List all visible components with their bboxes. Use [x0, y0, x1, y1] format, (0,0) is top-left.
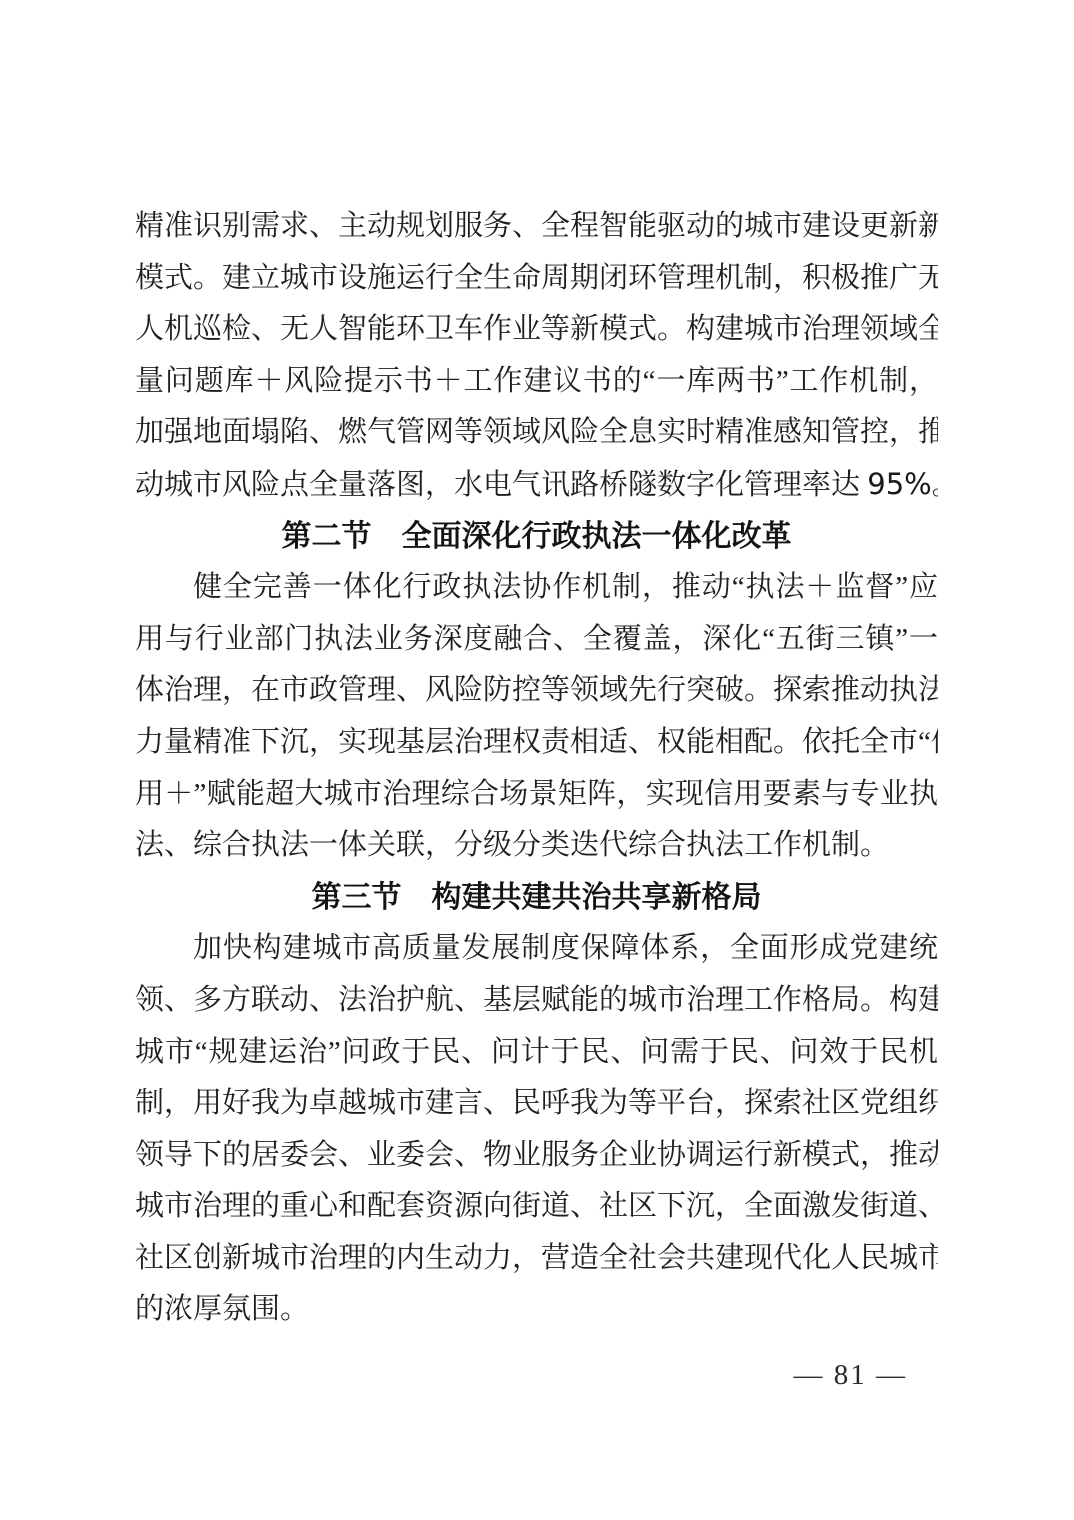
page-number: — 81 —: [794, 1352, 908, 1398]
document-page: 精准识别需求、主动规划服务、全程智能驱动的城市建设更新新 模式。建立城市设施运行…: [0, 0, 1074, 1520]
text-line: 城市“规建运治”问政于民、问计于民、问需于民、问效于民机: [135, 1027, 938, 1079]
section-heading-3: 第三节 构建共建共治共享新格局: [135, 872, 938, 924]
text-block: 精准识别需求、主动规划服务、全程智能驱动的城市建设更新新 模式。建立城市设施运行…: [135, 201, 938, 1336]
text-line: 领导下的居委会、业委会、物业服务企业协调运行新模式，推动: [135, 1130, 938, 1182]
text-line: 模式。建立城市设施运行全生命周期闭环管理机制，积极推广无: [135, 253, 938, 305]
text-line: 制，用好我为卓越城市建言、民呼我为等平台，探索社区党组织: [135, 1078, 938, 1130]
text-line: 用与行业部门执法业务深度融合、全覆盖，深化“五街三镇”一: [135, 614, 938, 666]
text-line: 力量精准下沉，实现基层治理权责相适、权能相配。依托全市“信: [135, 717, 938, 769]
text-line: 健全完善一体化行政执法协作机制，推动“执法＋监督”应: [135, 562, 938, 614]
text-line: 领、多方联动、法治护航、基层赋能的城市治理工作格局。构建: [135, 975, 938, 1027]
text-line: 的浓厚氛围。: [135, 1284, 938, 1336]
text-line: 加快构建城市高质量发展制度保障体系，全面形成党建统: [135, 923, 938, 975]
text-line: 量问题库＋风险提示书＋工作建议书的“一库两书”工作机制，: [135, 356, 938, 408]
text-line: 体治理，在市政管理、风险防控等领域先行突破。探索推动执法: [135, 665, 938, 717]
text-line: 城市治理的重心和配套资源向街道、社区下沉，全面激发街道、: [135, 1181, 938, 1233]
text-line: 用＋”赋能超大城市治理综合场景矩阵，实现信用要素与专业执: [135, 769, 938, 821]
text-line: 社区创新城市治理的内生动力，营造全社会共建现代化人民城市: [135, 1233, 938, 1285]
text-line: 动城市风险点全量落图，水电气讯路桥隧数字化管理率达 95%。: [135, 459, 938, 511]
text-line: 加强地面塌陷、燃气管网等领域风险全息实时精准感知管控，推: [135, 407, 938, 459]
text-run: 。: [932, 469, 938, 501]
section-heading-2: 第二节 全面深化行政执法一体化改革: [135, 511, 938, 563]
text-line: 精准识别需求、主动规划服务、全程智能驱动的城市建设更新新: [135, 201, 938, 253]
text-run: 动城市风险点全量落图，水电气讯路桥隧数字化管理率达: [135, 469, 867, 501]
text-line: 人机巡检、无人智能环卫车作业等新模式。构建城市治理领域全: [135, 304, 938, 356]
percentage-value: 95%: [867, 467, 931, 501]
text-line: 法、综合执法一体关联，分级分类迭代综合执法工作机制。: [135, 820, 938, 872]
